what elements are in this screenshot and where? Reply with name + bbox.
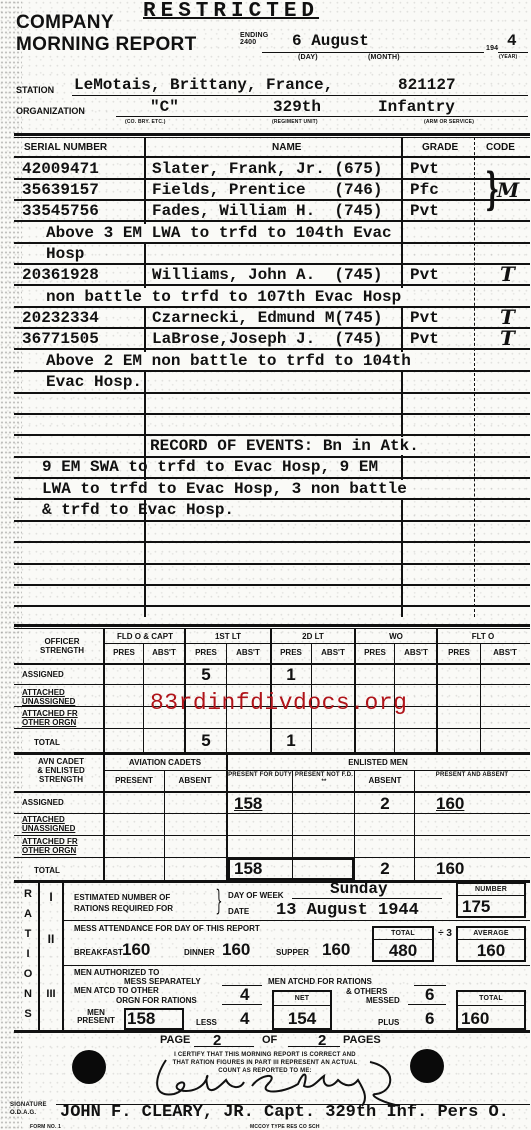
subhead-pres: PRES	[105, 648, 143, 657]
men-atcd-other-label-2: ORGN FOR RATIONS	[116, 996, 197, 1005]
org-company: "C"	[150, 98, 179, 116]
average-value: 160	[458, 942, 524, 960]
section-iii-numeral: III	[40, 988, 62, 1000]
grade: Pvt	[410, 160, 439, 178]
signature-label: SIGNATURE	[10, 1102, 47, 1108]
group-wo: WO	[356, 632, 436, 641]
col-present-not-fd: PRESENT NOT F.D. **	[294, 772, 354, 786]
col-grade: GRADE	[422, 143, 458, 152]
men-atchd-rations-label-2: & OTHERS	[346, 987, 387, 996]
page-label: PAGE	[160, 1036, 190, 1045]
mess-total-value: 480	[374, 942, 432, 960]
serial-number: 33545756	[22, 202, 99, 220]
soldier-name: Fields, Prentice (746)	[152, 181, 382, 199]
row-label-attached-unassigned: ATTACHED UNASSIGNED	[22, 815, 100, 833]
enlisted-present-for-duty-assigned: 158	[234, 795, 262, 813]
dinner-label: DINNER	[184, 948, 215, 957]
roster-remark: Above 3 EM LWA to trfd to 104th Evac	[46, 224, 396, 242]
officer-strength-title: OFFICERSTRENGTH	[24, 637, 100, 655]
subhead-abst: ABS'T	[482, 648, 528, 657]
men-atchd-rations-label-1: MEN ATCHD FOR RATIONS	[268, 977, 372, 986]
net-value: 154	[274, 1010, 330, 1028]
page-value: 2	[213, 1032, 221, 1050]
soldier-name: Fades, William H. (745)	[152, 202, 382, 220]
men-atcd-other-label-1: MEN ATCD TO OTHER	[74, 986, 159, 995]
subhead-abst: ABS'T	[144, 648, 184, 657]
row-label-assigned: ASSIGNED	[22, 798, 64, 807]
divide-by-three: ÷ 3	[438, 928, 452, 940]
rations-total-label: TOTAL	[458, 995, 524, 1002]
col-present-and-absent: PRESENT AND ABSENT	[416, 772, 528, 779]
less-value: 4	[240, 1010, 249, 1028]
enlisted-present-and-absent-total: 160	[436, 860, 464, 878]
org-arm: Infantry	[378, 98, 455, 116]
men-atchd-rations-value: 6	[425, 986, 434, 1004]
record-of-events-line: 9 EM SWA to trfd to Evac Hosp, 9 EM	[42, 458, 378, 476]
rations-number-value: 175	[462, 898, 490, 916]
record-of-events-line: & trfd to Evac Hosp.	[42, 501, 234, 519]
form-footer-right: MCCOY TYPE RES CO SCH	[250, 1124, 320, 1130]
day-of-week-label: DAY OF WEEK	[228, 891, 284, 900]
supper-label: SUPPER	[276, 948, 309, 957]
grade: Pfc	[410, 181, 439, 199]
grade: Pvt	[410, 266, 439, 284]
subhead-pres: PRES	[356, 648, 394, 657]
enlisted-present-for-duty-total: 158	[234, 860, 262, 878]
mess-total-label: TOTAL	[374, 930, 432, 937]
net-label: NET	[274, 995, 330, 1002]
col-cadets-present: PRESENT	[105, 776, 163, 785]
form-title-morning-report: MORNING REPORT	[16, 34, 196, 56]
subhead-abst: ABS'T	[227, 648, 269, 657]
col-code: CODE	[486, 143, 515, 152]
year-prefix: 194	[486, 45, 498, 52]
men-authorized-label-2: MESS SEPARATELY	[124, 977, 201, 986]
classification-stamp: RESTRICTED	[143, 0, 319, 23]
pages-value: 2	[318, 1032, 326, 1050]
enlisted-absent-total: 2	[356, 860, 414, 878]
binder-hole-left	[72, 1050, 106, 1084]
men-atchd-rations-label-3: MESSED	[366, 996, 400, 1005]
group-enlisted-men: ENLISTED MEN	[228, 758, 528, 767]
subhead-abst: ABS'T	[312, 648, 354, 657]
rations-total-value: 160	[461, 1010, 489, 1028]
enlisted-absent-assigned: 2	[356, 795, 414, 813]
of-label: OF	[262, 1036, 277, 1045]
officer-1st-lt-pres-assigned: 5	[186, 666, 226, 684]
station-label: STATION	[16, 86, 54, 95]
code-mark: M	[497, 178, 519, 202]
subhead-pres: PRES	[438, 648, 480, 657]
subhead-pres: PRES	[186, 648, 226, 657]
brace-icon: }	[215, 886, 222, 916]
plus-label: PLUS	[378, 1018, 399, 1027]
row-label-assigned: ASSIGNED	[22, 670, 64, 679]
roster-remark: Hosp	[46, 245, 84, 263]
serial-number: 42009471	[22, 160, 99, 178]
form-title-company: COMPANY	[16, 12, 114, 34]
year-caption: (YEAR)	[499, 54, 517, 60]
ending-label: ENDING2400	[240, 32, 268, 46]
binder-hole-right	[410, 1049, 444, 1083]
station-value: LeMotais, Brittany, France,	[74, 76, 333, 94]
group-2d-lt: 2D LT	[272, 632, 354, 641]
organization-label: ORGANIZATION	[16, 107, 85, 116]
enlisted-strength-title: AVN CADET& ENLISTEDSTRENGTH	[20, 757, 102, 784]
plus-value: 6	[425, 1010, 434, 1028]
soldier-name: LaBrose,Joseph J. (745)	[152, 330, 382, 348]
group-1st-lt: 1ST LT	[186, 632, 270, 641]
watermark: 83rdinfdivdocs.org	[150, 690, 407, 716]
roster-remark: Above 2 EM non battle to trfd to 104th	[46, 352, 415, 370]
group-fld-o-capt: FLD O & CAPT	[105, 632, 185, 641]
record-of-events-line: LWA to trfd to Evac Hosp, 3 non battle	[42, 480, 409, 498]
section-ii-numeral: II	[40, 932, 62, 946]
signer-prefix: O.D.A.G.	[10, 1110, 36, 1116]
soldier-name: Slater, Frank, Jr. (675)	[152, 160, 382, 178]
supper-value: 160	[322, 941, 350, 959]
col-serial-number: SERIAL NUMBER	[24, 143, 107, 152]
less-label: LESS	[196, 1018, 217, 1027]
pages-label: PAGES	[343, 1036, 381, 1045]
code-mark: T	[500, 262, 515, 286]
day-of-week-value: Sunday	[330, 880, 388, 898]
org-regiment: 329th	[273, 98, 321, 116]
subhead-abst: ABS'T	[395, 648, 437, 657]
roster-remark: non battle to trfd to 107th Evac Hosp	[46, 288, 405, 306]
col-name: NAME	[272, 143, 301, 152]
row-label-attached-unassigned: ATTACHED UNASSIGNED	[22, 688, 100, 706]
col-absent: ABSENT	[356, 776, 414, 785]
record-of-events-heading: RECORD OF EVENTS: Bn in Atk.	[150, 437, 419, 455]
month-caption: (MONTH)	[368, 54, 400, 61]
officer-2d-lt-pres-total: 1	[272, 732, 310, 750]
row-label-attached-fr-other: ATTACHED FR OTHER ORGN	[22, 837, 100, 855]
section-i-numeral: I	[40, 890, 62, 904]
roster-remark: Evac Hosp.	[46, 373, 142, 391]
group-aviation-cadets: AVIATION CADETS	[105, 758, 225, 767]
code-mark: T	[500, 326, 515, 350]
average-label: AVERAGE	[458, 930, 524, 937]
section-i-label: ESTIMATED NUMBER OFRATIONS REQUIRED FOR	[74, 892, 173, 914]
serial-number: 20232334	[22, 309, 99, 327]
number-label: NUMBER	[458, 886, 524, 893]
col-cadets-absent: ABSENT	[165, 776, 225, 785]
station-code: 821127	[398, 76, 456, 94]
signature-icon	[148, 1050, 408, 1110]
form-footer-left: FORM NO. 1	[30, 1124, 61, 1130]
grade: Pvt	[410, 202, 439, 220]
men-authorized-label-1: MEN AUTHORIZED TO	[74, 968, 159, 977]
subhead-pres: PRES	[272, 648, 310, 657]
serial-number: 35639157	[22, 181, 99, 199]
breakfast-label: BREAKFAST	[74, 948, 123, 957]
org-caption-regiment: (REGIMENT UNIT)	[272, 119, 318, 125]
row-label-total: TOTAL	[34, 738, 60, 747]
men-present-value: 158	[127, 1010, 155, 1028]
serial-number: 36771505	[22, 330, 99, 348]
men-present-label: MENPRESENT	[68, 1009, 124, 1025]
dinner-value: 160	[222, 941, 250, 959]
date-label: DATE	[228, 907, 249, 916]
grade: Pvt	[410, 309, 439, 327]
officer-2d-lt-pres-assigned: 1	[272, 666, 310, 684]
men-atcd-other-value: 4	[240, 986, 249, 1004]
row-label-attached-fr-other: ATTACHED FR OTHER ORGN	[22, 709, 100, 727]
grade: Pvt	[410, 330, 439, 348]
row-label-total: TOTAL	[34, 866, 60, 875]
mess-attendance-label: MESS ATTENDANCE FOR DAY OF THIS REPORT	[74, 924, 260, 933]
report-date: 6 August	[292, 32, 369, 50]
soldier-name: Williams, John A. (745)	[152, 266, 382, 284]
org-caption-arm: (ARM OR SERVICE)	[424, 119, 474, 125]
year-digit: 4	[507, 32, 517, 50]
soldier-name: Czarnecki, Edmund M(745)	[152, 309, 382, 327]
col-present-for-duty: PRESENT FOR DUTY	[228, 772, 292, 779]
rations-date-value: 13 August 1944	[276, 902, 419, 920]
org-caption-company: (CO. BRY. ETC.)	[125, 119, 166, 125]
rations-side-label: RATIONS	[18, 884, 38, 1024]
signer-name-title: JOHN F. CLEARY, JR. Capt. 329th Inf. Per…	[60, 1104, 509, 1122]
serial-number: 20361928	[22, 266, 99, 284]
enlisted-present-and-absent-assigned: 160	[436, 795, 464, 813]
day-caption: (DAY)	[298, 54, 318, 61]
group-flt-o: FLT O	[438, 632, 528, 641]
breakfast-value: 160	[122, 941, 150, 959]
officer-1st-lt-pres-total: 5	[186, 732, 226, 750]
